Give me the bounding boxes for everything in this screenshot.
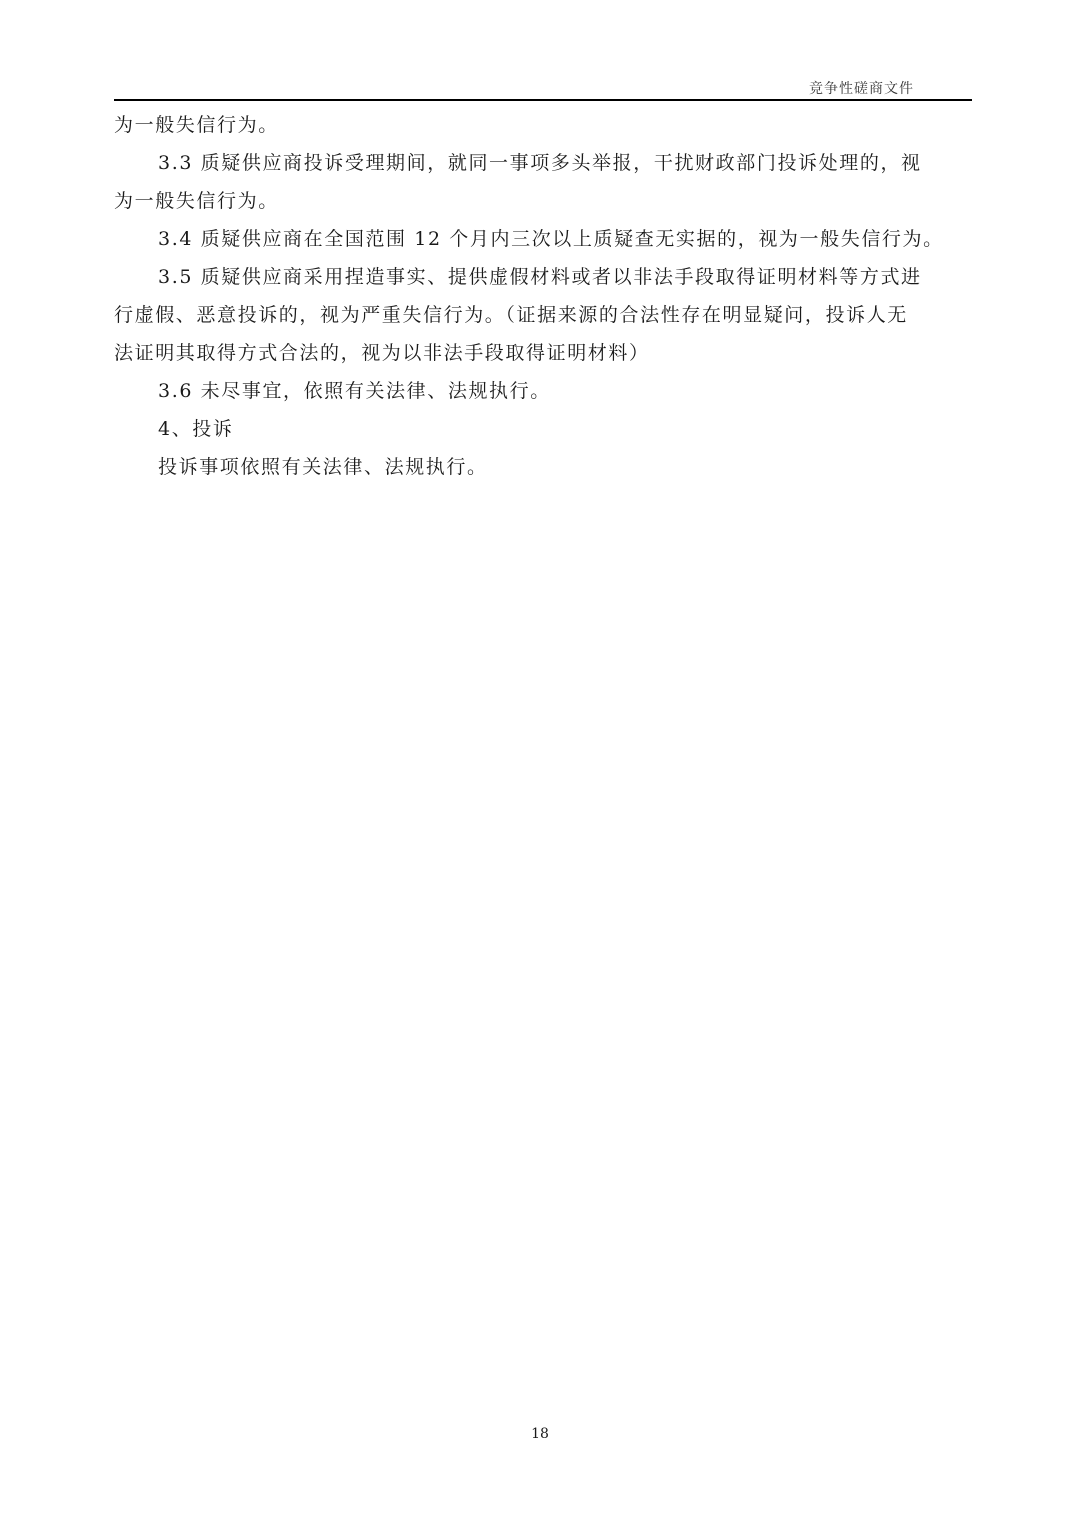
clause-3-5: 3.5 质疑供应商采用捏造事实、提供虚假材料或者以非法手段取得证明材料等方式进 xyxy=(114,258,974,296)
section-4-heading: 4、投诉 xyxy=(114,410,974,448)
document-body: 为一般失信行为。 3.3 质疑供应商投诉受理期间，就同一事项多头举报，干扰财政部… xyxy=(114,106,974,486)
document-title: 竞争性磋商文件 xyxy=(809,78,914,98)
clause-3-3: 3.3 质疑供应商投诉受理期间，就同一事项多头举报，干扰财政部门投诉处理的，视 xyxy=(114,144,974,182)
text-line-continuation-3-2: 为一般失信行为。 xyxy=(114,106,974,144)
clause-3-5-continuation-1: 行虚假、恶意投诉的，视为严重失信行为。（证据来源的合法性存在明显疑问，投诉人无 xyxy=(114,296,974,334)
section-4-text: 投诉事项依照有关法律、法规执行。 xyxy=(114,448,974,486)
clause-3-4: 3.4 质疑供应商在全国范围 12 个月内三次以上质疑查无实据的，视为一般失信行… xyxy=(114,220,974,258)
header-divider xyxy=(114,99,972,101)
page-number: 18 xyxy=(0,1426,1080,1442)
clause-3-3-continuation: 为一般失信行为。 xyxy=(114,182,974,220)
clause-3-6: 3.6 未尽事宜，依照有关法律、法规执行。 xyxy=(114,372,974,410)
clause-3-5-continuation-2: 法证明其取得方式合法的，视为以非法手段取得证明材料） xyxy=(114,334,974,372)
page-header: 竞争性磋商文件 xyxy=(114,76,972,100)
